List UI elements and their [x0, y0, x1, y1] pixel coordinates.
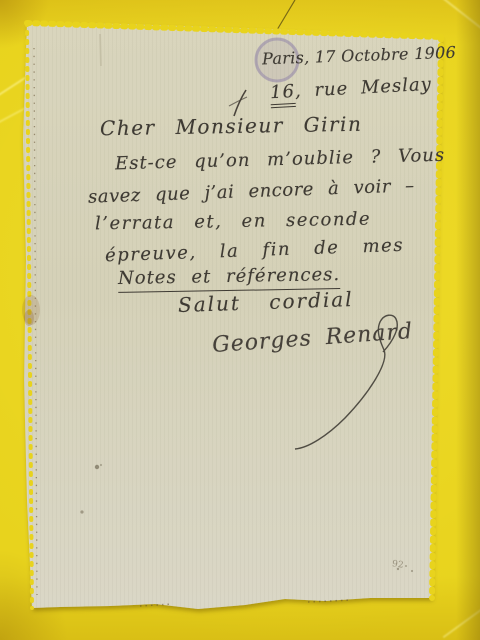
street-number: 16 — [270, 81, 296, 108]
paper-sheet — [23, 23, 441, 609]
salutation-line: Cher Monsieur Girin — [100, 112, 363, 141]
thread-crease-line — [277, 0, 295, 30]
underlined-notes-line: Notes et références. — [118, 264, 340, 289]
photo-of-handwritten-letter: Paris, 17 Octobre 1906 16, rue Meslay Ch… — [0, 0, 480, 640]
pencil-note: 92 — [391, 559, 404, 570]
